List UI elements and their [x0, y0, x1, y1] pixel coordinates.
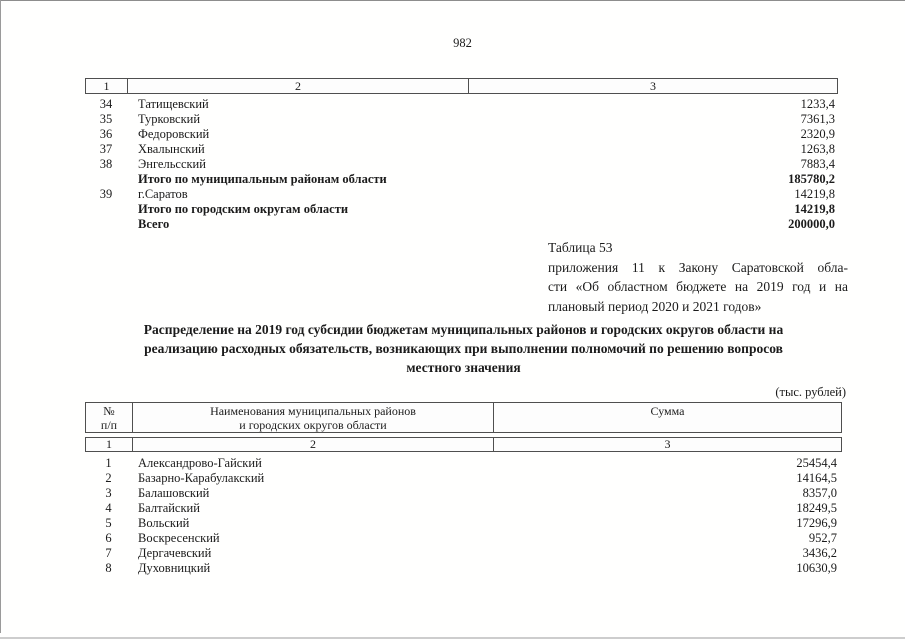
header-cell-sum: Сумма — [494, 403, 841, 432]
district-name: Всего — [127, 217, 675, 232]
row-number: 36 — [85, 127, 127, 142]
table-row: Итого по городским округам области14219,… — [85, 202, 838, 217]
district-name: Турковский — [127, 112, 675, 127]
district-name: Федоровский — [127, 127, 675, 142]
table-row: 5Вольский17296,9 — [85, 516, 842, 531]
row-number — [85, 172, 127, 187]
amount-value: 2320,9 — [675, 127, 838, 142]
row-number: 2 — [85, 471, 132, 486]
table-row: 39г.Саратов14219,8 — [85, 187, 838, 202]
amount-value: 7883,4 — [675, 157, 838, 172]
amount-value: 25454,4 — [677, 456, 842, 471]
column-marker-row: 123 — [85, 437, 842, 452]
table-row: 2Базарно-Карабулакский14164,5 — [85, 471, 842, 486]
table-row: 1Александрово-Гайский25454,4 — [85, 456, 842, 471]
amount-value: 8357,0 — [677, 486, 842, 501]
column-marker: 1 — [86, 79, 128, 93]
district-name: Александрово-Гайский — [132, 456, 677, 471]
main-table: № п/п Наименования муниципальных районов… — [85, 402, 842, 576]
text-line: Распределение на 2019 год субсидии бюдже… — [85, 320, 842, 339]
table-row: 6Воскресенский952,7 — [85, 531, 842, 546]
table-row: Итого по муниципальным районам области18… — [85, 172, 838, 187]
table-row: 8Духовницкий10630,9 — [85, 561, 842, 576]
column-marker: 1 — [86, 438, 133, 451]
text-line: приложения 11 к Закону Саратовской обла- — [548, 258, 848, 278]
row-number: 37 — [85, 142, 127, 157]
row-number: 39 — [85, 187, 127, 202]
text-line: Таблица 53 — [548, 238, 848, 258]
header-cell-name: Наименования муниципальных районов и гор… — [133, 403, 494, 432]
table-row: 38Энгельсский7883,4 — [85, 157, 838, 172]
row-number: 35 — [85, 112, 127, 127]
amount-value: 3436,2 — [677, 546, 842, 561]
amount-value: 14164,5 — [677, 471, 842, 486]
row-number: 34 — [85, 97, 127, 112]
district-name: г.Саратов — [127, 187, 675, 202]
row-number: 5 — [85, 516, 132, 531]
document-title: Распределение на 2019 год субсидии бюдже… — [85, 320, 842, 377]
row-number: 4 — [85, 501, 132, 516]
table-row: 37Хвалынский1263,8 — [85, 142, 838, 157]
district-name: Дергачевский — [132, 546, 677, 561]
table-row: 34Татищевский1233,4 — [85, 97, 838, 112]
table-row: Всего200000,0 — [85, 217, 838, 232]
table-row: 4Балтайский18249,5 — [85, 501, 842, 516]
table-body: 34Татищевский1233,435Турковский7361,336Ф… — [85, 97, 838, 232]
scan-edge-left — [0, 0, 1, 633]
row-number: 8 — [85, 561, 132, 576]
amount-value: 1263,8 — [675, 142, 838, 157]
continuation-table: 123 34Татищевский1233,435Турковский7361,… — [85, 78, 838, 232]
table-body: 1Александрово-Гайский25454,42Базарно-Кар… — [85, 456, 842, 576]
column-marker-row: 123 — [85, 78, 838, 94]
district-name: Воскресенский — [132, 531, 677, 546]
amount-value: 14219,8 — [675, 202, 838, 217]
row-number — [85, 217, 127, 232]
district-name: Итого по муниципальным районам области — [127, 172, 675, 187]
district-name: Духовницкий — [132, 561, 677, 576]
amount-value: 14219,8 — [675, 187, 838, 202]
column-marker: 2 — [133, 438, 494, 451]
row-number: 1 — [85, 456, 132, 471]
row-number: 38 — [85, 157, 127, 172]
units-label: (тыс. рублей) — [85, 385, 846, 400]
district-name: Татищевский — [127, 97, 675, 112]
amount-value: 10630,9 — [677, 561, 842, 576]
row-number: 7 — [85, 546, 132, 561]
district-name: Вольский — [132, 516, 677, 531]
amount-value: 952,7 — [677, 531, 842, 546]
table-row: 36Федоровский2320,9 — [85, 127, 838, 142]
row-number: 6 — [85, 531, 132, 546]
table-row: 3Балашовский8357,0 — [85, 486, 842, 501]
table-row: 7Дергачевский3436,2 — [85, 546, 842, 561]
table-annotation: Таблица 53приложения 11 к Закону Саратов… — [548, 238, 848, 316]
scan-edge-bottom — [0, 637, 905, 639]
text-line: сти «Об областном бюджете на 2019 год и … — [548, 277, 848, 297]
amount-value: 17296,9 — [677, 516, 842, 531]
district-name: Итого по городским округам области — [127, 202, 675, 217]
text-line: реализацию расходных обязательств, возни… — [85, 339, 842, 358]
amount-value: 18249,5 — [677, 501, 842, 516]
column-marker: 3 — [469, 79, 837, 93]
text-line: плановый период 2020 и 2021 годов» — [548, 297, 848, 317]
column-marker: 3 — [494, 438, 841, 451]
document-page: 982 123 34Татищевский1233,435Турковский7… — [0, 0, 905, 640]
amount-value: 7361,3 — [675, 112, 838, 127]
row-number: 3 — [85, 486, 132, 501]
scan-edge-top — [0, 0, 905, 1]
district-name: Хвалынский — [127, 142, 675, 157]
district-name: Балтайский — [132, 501, 677, 516]
district-name: Базарно-Карабулакский — [132, 471, 677, 486]
amount-value: 1233,4 — [675, 97, 838, 112]
district-name: Балашовский — [132, 486, 677, 501]
amount-value: 200000,0 — [675, 217, 838, 232]
district-name: Энгельсский — [127, 157, 675, 172]
table-row: 35Турковский7361,3 — [85, 112, 838, 127]
row-number — [85, 202, 127, 217]
header-cell-number: № п/п — [86, 403, 133, 432]
column-marker: 2 — [128, 79, 469, 93]
amount-value: 185780,2 — [675, 172, 838, 187]
table-header-row: № п/п Наименования муниципальных районов… — [85, 402, 842, 433]
page-number: 982 — [85, 36, 840, 51]
text-line: местного значения — [85, 358, 842, 377]
